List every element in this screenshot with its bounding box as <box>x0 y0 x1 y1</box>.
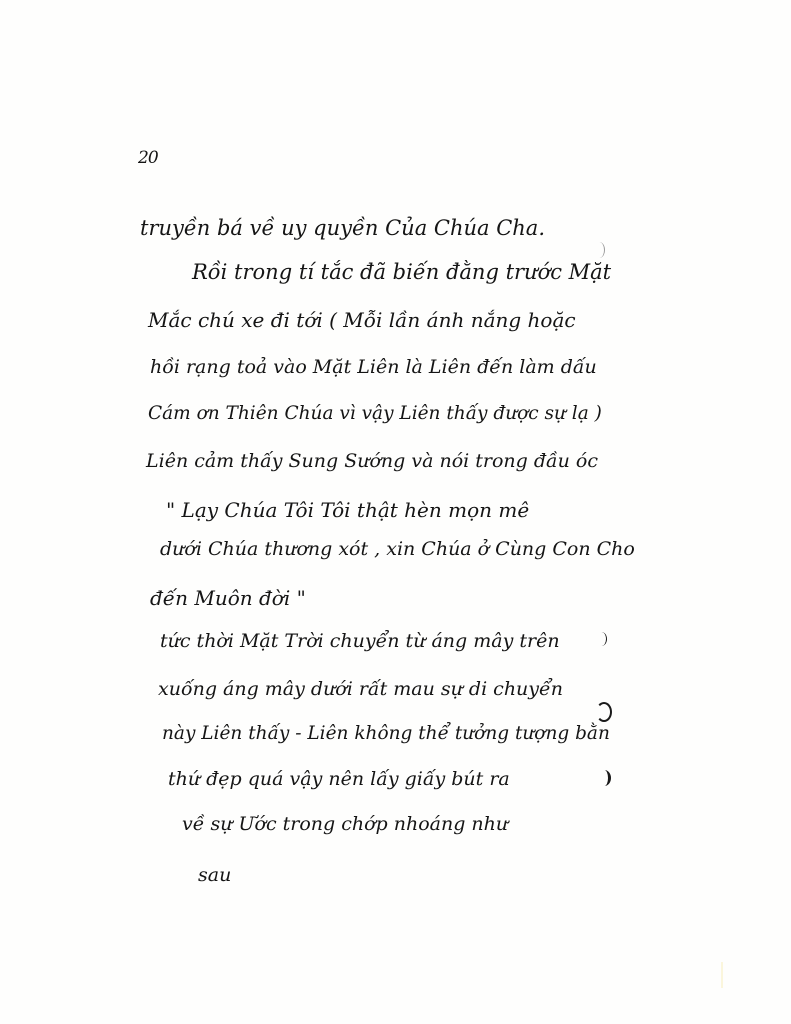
paper-speck <box>721 962 723 988</box>
text-line: hồi rạng toả vào Mặt Liên là Liên đến là… <box>150 358 597 377</box>
text-line: đến Muôn đời " <box>150 588 306 608</box>
text-line: tức thời Mặt Trời chuyển từ áng mây trên <box>160 632 560 651</box>
text-line: Rồi trong tí tắc đã biến đằng trước Mặt <box>192 262 611 283</box>
text-line: về sự Ước trong chớp nhoáng như <box>182 815 508 834</box>
text-line: xuống áng mây dưới rất mau sự di chuyển <box>158 680 563 699</box>
page-number: 20 <box>138 148 158 168</box>
margin-mark <box>598 770 611 786</box>
text-line: này Liên thấy - Liên không thể tưởng tượ… <box>162 725 610 744</box>
handwritten-page: 20 truyền bá về uy quyền Của Chúa Cha. R… <box>0 0 791 1024</box>
text-line: truyền bá về uy quyền Của Chúa Cha. <box>140 218 545 239</box>
text-line: dưới Chúa thương xót , xin Chúa ở Cùng C… <box>160 540 635 559</box>
text-line: thứ đẹp quá vậy nên lấy giấy bút ra <box>168 770 510 789</box>
margin-mark <box>596 702 612 722</box>
margin-mark <box>594 242 605 258</box>
text-line: Mắc chú xe đi tới ( Mỗi lần ánh nắng hoặ… <box>148 310 576 330</box>
margin-mark <box>596 632 607 646</box>
text-line: Cám ơn Thiên Chúa vì vậy Liên thấy được … <box>148 405 602 424</box>
text-line: " Lạy Chúa Tôi Tôi thật hèn mọn mê <box>166 500 529 520</box>
text-line: sau <box>198 866 231 885</box>
text-line: Liên cảm thấy Sung Sướng và nói trong đầ… <box>146 452 598 471</box>
